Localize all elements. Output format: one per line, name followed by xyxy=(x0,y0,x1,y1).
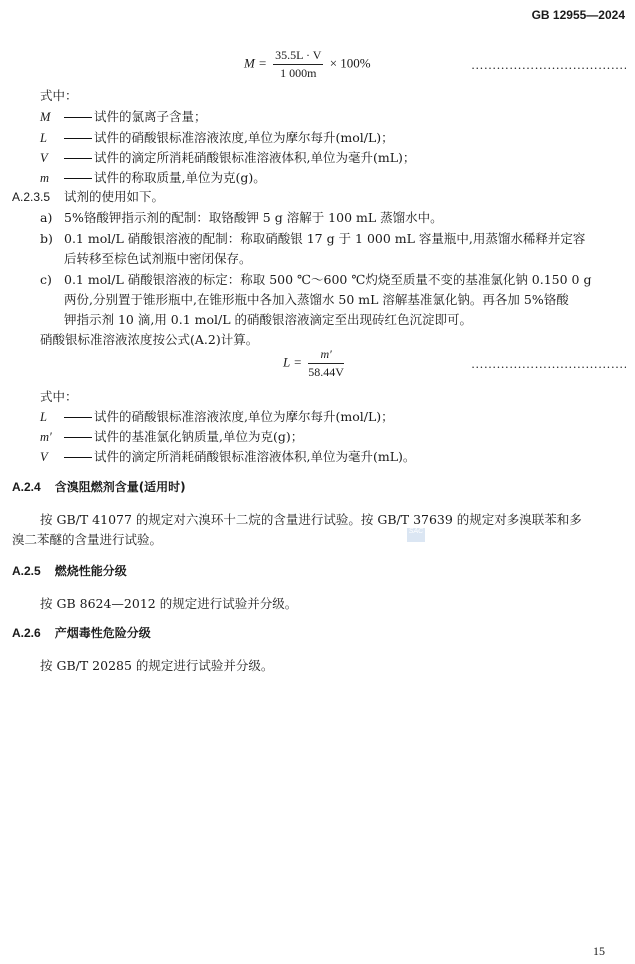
section-number: A.2.5 xyxy=(12,564,41,578)
paragraph: 按 GB 8624—2012 的规定进行试验并分级。 xyxy=(40,594,297,612)
formula-a2-numerator: m′ xyxy=(308,347,344,364)
formula-a2-fraction: m′ 58.44V xyxy=(308,347,344,380)
section-title: 含溴阻燃剂含量(适用时) xyxy=(55,480,186,494)
em-dash xyxy=(64,417,92,418)
where-label-a1: 式中： xyxy=(40,86,78,104)
formula-a1-denominator: 1 000m xyxy=(273,65,323,81)
section-title: 燃烧性能分级 xyxy=(55,564,127,578)
where-item: V试件的滴定所消耗硝酸银标准溶液体积,单位为毫升(mL)。 xyxy=(40,447,415,465)
section-a235-heading: A.2.3.5 试剂的使用如下。 xyxy=(12,187,164,205)
formula-a1: M = 35.5L · V 1 000m × 100% xyxy=(244,48,371,81)
where-label-a2: 式中： xyxy=(40,387,78,405)
where-item: m′试件的基准氯化钠质量,单位为克(g)； xyxy=(40,427,303,445)
where-item: M试件的氯离子含量； xyxy=(40,107,207,125)
em-dash xyxy=(64,117,92,118)
em-dash xyxy=(64,138,92,139)
standard-number: GB 12955—2024 xyxy=(532,8,625,22)
list-item-c: c)0.1 mol/L 硝酸银溶液的标定：称取 500 ℃～600 ℃灼烧至质量… xyxy=(40,270,591,288)
equation-number-a2: …………………………………………………………( A.2 ) xyxy=(471,357,626,372)
section-title: 试剂的使用如下。 xyxy=(64,189,164,204)
em-dash xyxy=(64,158,92,159)
list-item-b-cont: 后转移至棕色试剂瓶中密闭保存。 xyxy=(64,249,252,267)
em-dash xyxy=(64,457,92,458)
paragraph: 按 GB/T 20285 的规定进行试验并分级。 xyxy=(40,656,273,674)
list-item-a: a)5%铬酸钾指示剂的配制：取铬酸钾 5 g 溶解于 100 mL 蒸馏水中。 xyxy=(40,208,443,226)
em-dash xyxy=(64,437,92,438)
where-item: L试件的硝酸银标准溶液浓度,单位为摩尔每升(mol/L)； xyxy=(40,407,394,425)
list-item-c-cont: 钾指示剂 10 滴,用 0.1 mol/L 的硝酸银溶液滴定至出现砖红色沉淀即可… xyxy=(64,310,472,328)
equation-number-a1: …………………………………………………………( A.1 ) xyxy=(471,58,626,73)
calc-note: 硝酸银标准溶液浓度按公式(A.2)计算。 xyxy=(40,330,258,348)
section-number: A.2.6 xyxy=(12,626,41,640)
where-item: V试件的滴定所消耗硝酸银标准溶液体积,单位为毫升(mL)； xyxy=(40,148,415,166)
section-a24-heading: A.2.4含溴阻燃剂含量(适用时) xyxy=(12,478,186,495)
formula-a2-denominator: 58.44V xyxy=(308,364,344,380)
formula-a2-lhs: L = xyxy=(283,354,302,369)
paragraph: 按 GB/T 41077 的规定对六溴环十二烷的含量进行试验。按 GB/T 37… xyxy=(40,510,582,528)
formula-a1-fraction: 35.5L · V 1 000m xyxy=(273,48,323,81)
page-number: 15 xyxy=(593,944,605,959)
where-item: L试件的硝酸银标准溶液浓度,单位为摩尔每升(mol/L)； xyxy=(40,128,394,146)
where-item: m试件的称取质量,单位为克(g)。 xyxy=(40,168,266,186)
section-number: A.2.3.5 xyxy=(12,190,50,204)
sac-watermark: SAC xyxy=(407,528,425,542)
section-title: 产烟毒性危险分级 xyxy=(55,626,151,640)
em-dash xyxy=(64,178,92,179)
formula-a1-numerator: 35.5L · V xyxy=(273,48,323,65)
section-a26-heading: A.2.6产烟毒性危险分级 xyxy=(12,624,151,641)
section-number: A.2.4 xyxy=(12,480,41,494)
paragraph-cont: 溴二苯醚的含量进行试验。 xyxy=(12,530,162,548)
list-item-b: b)0.1 mol/L 硝酸银溶液的配制：称取硝酸银 17 g 于 1 000 … xyxy=(40,229,585,247)
list-item-c-cont: 两份,分别置于锥形瓶中,在锥形瓶中各加入蒸馏水 50 mL 溶解基准氯化钠。再各… xyxy=(64,290,569,308)
section-a25-heading: A.2.5燃烧性能分级 xyxy=(12,562,127,579)
formula-a2: L = m′ 58.44V xyxy=(283,347,347,380)
formula-a1-rhs: × 100% xyxy=(330,55,371,70)
formula-a1-lhs: M = xyxy=(244,55,267,70)
